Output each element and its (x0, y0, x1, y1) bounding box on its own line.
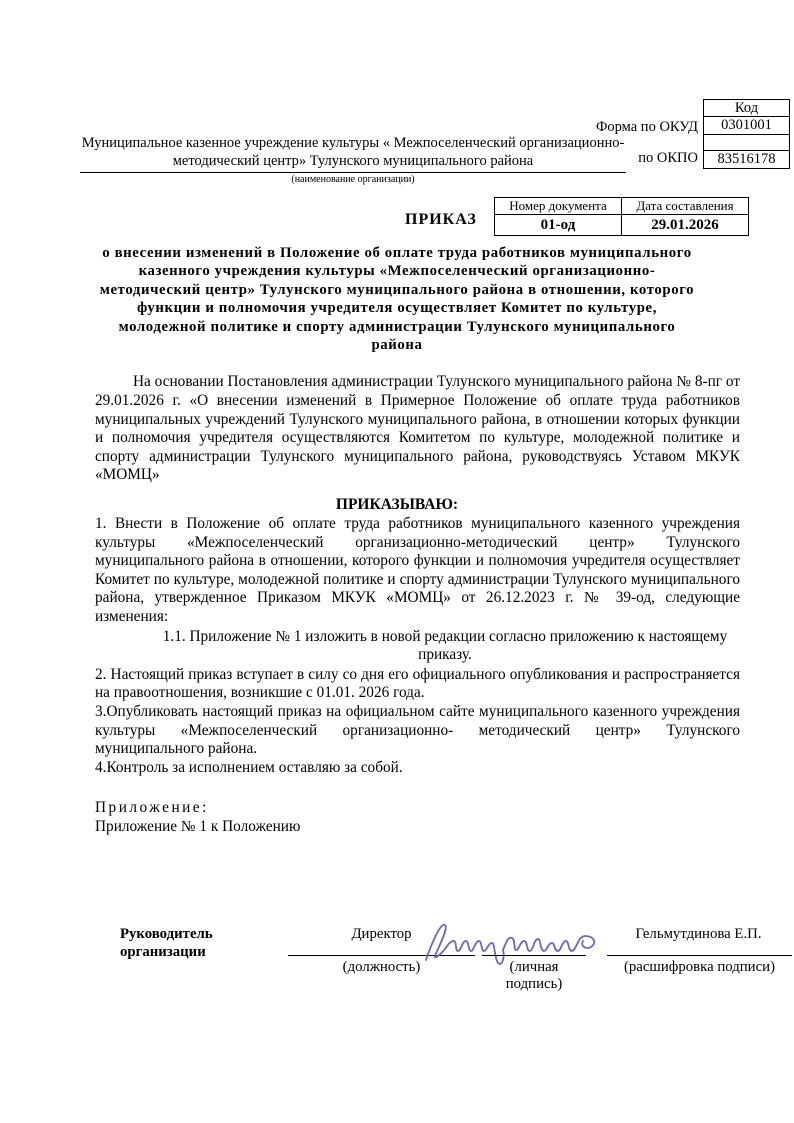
signer-name-underline (607, 955, 792, 956)
table-header-row: Номер документа Дата составления (495, 198, 749, 215)
order-item-2: 2. Настоящий приказ вступает в силу со д… (95, 666, 740, 703)
organization-name-caption: (наименование организации) (80, 174, 626, 185)
attachment-block: Приложение: Приложение № 1 к Положению (95, 798, 740, 836)
signer-name-value: Гельмутдинова Е.П. (607, 926, 790, 943)
attachment-label: Приложение: (95, 798, 740, 817)
doc-number-header-cell: Номер документа (495, 198, 622, 215)
order-number-date-table: Номер документа Дата составления 01-од 2… (494, 197, 749, 236)
signer-name-caption: (расшифровка подписи) (607, 959, 792, 976)
personal-sign-caption: (личная подпись) (482, 959, 586, 993)
doc-number-value-cell: 01-од (495, 215, 622, 236)
order-item-4: 4.Контроль за исполнением оставляю за со… (95, 759, 740, 778)
resolution-heading: ПРИКАЗЫВАЮ: (0, 495, 794, 515)
preamble-paragraph: На основании Постановления администрации… (95, 373, 740, 485)
order-heading: ПРИКАЗ (405, 211, 477, 229)
attachment-item: Приложение № 1 к Положению (95, 817, 740, 836)
order-item-1-1: 1.1. Приложение № 1 изложить в новой ред… (150, 628, 740, 665)
doc-date-value-cell: 29.01.2026 (622, 215, 749, 236)
okud-code-value: 0301001 (703, 117, 790, 135)
code-box-title: Код (703, 99, 790, 117)
document-title: о внесении изменений в Положение об опла… (95, 244, 699, 354)
signer-role-label: Руководитель организации (120, 926, 255, 961)
signature-block: Руководитель организации Директор (должн… (0, 918, 794, 1028)
okpo-code-value: 83516178 (703, 150, 790, 169)
organization-name-line2: методический центр» Тулунского муниципал… (80, 152, 626, 170)
document-body: о внесении изменений в Положение об опла… (0, 244, 794, 836)
doc-date-header-cell: Дата составления (622, 198, 749, 215)
code-box-spacer (703, 135, 790, 150)
organization-name: Муниципальное казенное учреждение культу… (80, 134, 626, 173)
order-document-page: Код 0301001 83516178 Форма по ОКУД по ОК… (0, 0, 794, 1123)
personal-sign-underline (482, 955, 586, 956)
order-item-3: 3.Опубликовать настоящий приказ на офици… (95, 703, 740, 759)
order-item-1: 1. Внести в Положение об оплате труда ра… (95, 515, 740, 627)
table-value-row: 01-од 29.01.2026 (495, 215, 749, 236)
code-box: Код 0301001 83516178 (703, 99, 790, 169)
organization-name-line1: Муниципальное казенное учреждение культу… (80, 134, 626, 152)
